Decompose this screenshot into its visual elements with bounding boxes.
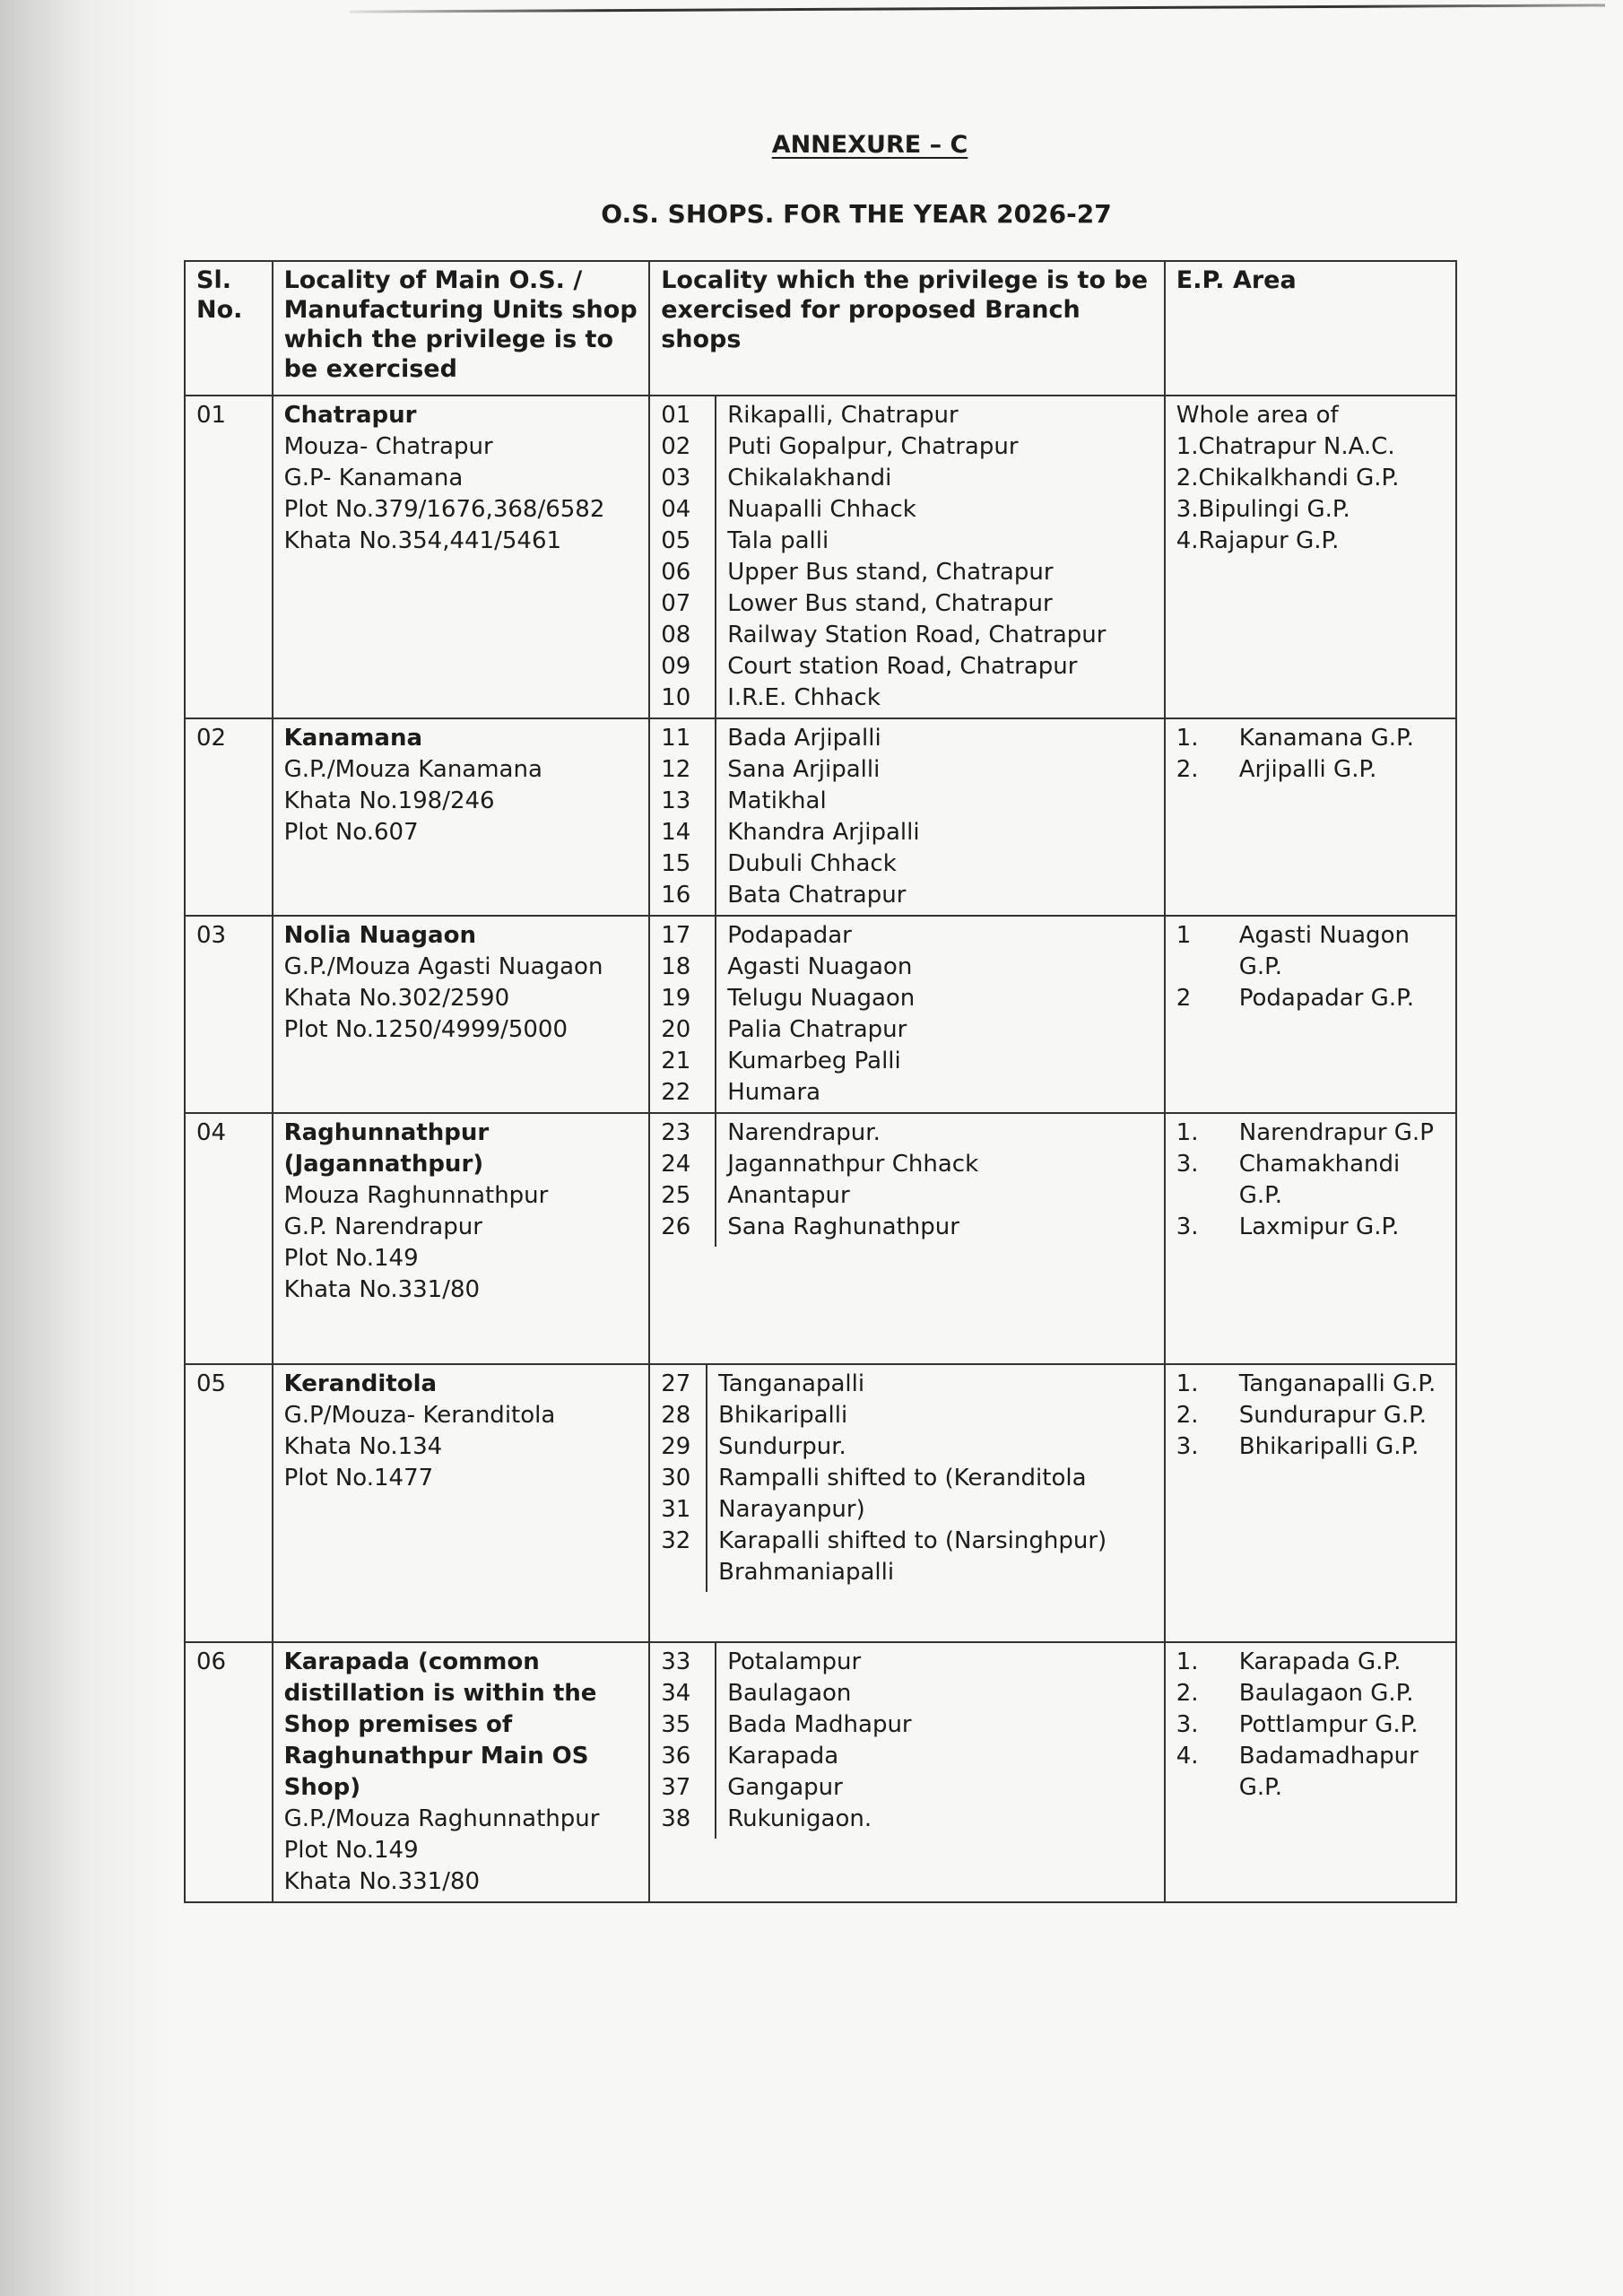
branch-number: 08 — [661, 620, 715, 651]
annexure-table: Sl. No. Locality of Main O.S. / Manufact… — [184, 260, 1457, 1903]
branch-name-column: PotalampurBaulagaonBada MadhapurKarapada… — [716, 1647, 911, 1835]
ep-area-cell: 1.Kanamana G.P.2.Arjipalli G.P. — [1165, 718, 1456, 916]
branch-name: Sana Raghunathpur — [727, 1212, 978, 1243]
branch-name: Potalampur — [727, 1647, 911, 1678]
branch-number: 10 — [661, 683, 715, 714]
ep-area-name: Pottlampur G.P. — [1239, 1709, 1419, 1741]
ep-area-number: 1. — [1176, 723, 1239, 754]
branch-number: 18 — [661, 952, 715, 983]
branch-number: 06 — [661, 557, 715, 588]
table-body: 01ChatrapurMouza- ChatrapurG.P- Kanamana… — [185, 396, 1456, 1902]
main-shop-name: Kanamana — [284, 723, 638, 754]
branch-name: Agasti Nuagaon — [727, 952, 915, 983]
branch-number-column: 111213141516 — [650, 719, 716, 915]
ep-area-number: 3. — [1176, 1709, 1239, 1741]
ep-area-number: 1. — [1176, 1369, 1239, 1400]
ep-area-name: Kanamana G.P. — [1239, 723, 1414, 754]
main-shop-detail: Mouza Raghunnathpur — [284, 1180, 638, 1212]
ep-area-cell: 1.Narendrapur G.P3.Chamakhandi G.P.3.Lax… — [1165, 1113, 1456, 1364]
branch-name: Rikapalli, Chatrapur — [727, 400, 1106, 431]
branch-number: 20 — [661, 1014, 715, 1046]
ep-area-name: Badamadhapur G.P. — [1239, 1741, 1445, 1804]
branch-number: 35 — [661, 1709, 715, 1741]
main-shop-detail: Khata No.331/80 — [284, 1274, 638, 1306]
main-locality-cell: Raghunnathpur (Jagannathpur)Mouza Raghun… — [273, 1113, 650, 1364]
branch-number-column: 01020304050607080910 — [650, 396, 716, 717]
ep-area-name: Arjipalli G.P. — [1239, 754, 1377, 786]
branch-name-column: PodapadarAgasti NuagaonTelugu NuagaonPal… — [716, 920, 915, 1109]
branch-number: 07 — [661, 588, 715, 620]
branch-number: 05 — [661, 526, 715, 557]
branch-name: Humara — [727, 1077, 915, 1109]
branch-number: 11 — [661, 723, 715, 754]
branch-name: Telugu Nuagaon — [727, 983, 915, 1014]
branch-number: 26 — [661, 1212, 715, 1243]
branch-number: 31 — [661, 1494, 706, 1526]
branch-number: 29 — [661, 1431, 706, 1463]
branch-number: 22 — [661, 1077, 715, 1109]
ep-area-number: 3. — [1176, 1149, 1239, 1212]
ep-area-name: Karapada G.P. — [1239, 1647, 1402, 1678]
document-title: ANNEXURE – C — [0, 131, 1623, 159]
branch-name: Sana Arjipalli — [727, 754, 919, 786]
sl-no-cell: 03 — [185, 916, 273, 1113]
branch-number: 02 — [661, 431, 715, 463]
table-row: 06Karapada (common distillation is withi… — [185, 1642, 1456, 1902]
ep-area-item: 3.Chamakhandi G.P. — [1176, 1149, 1445, 1212]
branch-name: I.R.E. Chhack — [727, 683, 1106, 714]
main-shop-name: Karapada (common distillation is within … — [284, 1647, 638, 1804]
main-locality-cell: ChatrapurMouza- ChatrapurG.P- KanamanaPl… — [273, 396, 650, 718]
ep-area-name: Narendrapur G.P — [1239, 1118, 1434, 1149]
branch-number: 17 — [661, 920, 715, 952]
ep-area-item: 1Agasti Nuagon G.P. — [1176, 920, 1445, 983]
branch-locality-cell: 01020304050607080910Rikapalli, Chatrapur… — [649, 396, 1165, 718]
branch-name: Bhikaripalli — [718, 1400, 1153, 1431]
scan-shadow — [0, 0, 170, 2296]
branch-number: 28 — [661, 1400, 706, 1431]
main-shop-detail: Khata No.198/246 — [284, 786, 638, 817]
ep-area-number: 1 — [1176, 920, 1239, 983]
branch-name: Railway Station Road, Chatrapur — [727, 620, 1106, 651]
ep-area-item: 1.Tanganapalli G.P. — [1176, 1369, 1445, 1400]
main-shop-detail: Khata No.331/80 — [284, 1866, 638, 1898]
main-shop-detail: G.P./Mouza Agasti Nuagaon — [284, 952, 638, 983]
document-subtitle: O.S. SHOPS. FOR THE YEAR 2026-27 — [0, 199, 1623, 229]
main-shop-detail: G.P. Narendrapur — [284, 1212, 638, 1243]
branch-number: 03 — [661, 463, 715, 494]
table-header-row: Sl. No. Locality of Main O.S. / Manufact… — [185, 261, 1456, 396]
main-locality-cell: Nolia NuagaonG.P./Mouza Agasti NuagaonKh… — [273, 916, 650, 1113]
main-shop-detail: Plot No.607 — [284, 817, 638, 848]
branch-list: 111213141516Bada ArjipalliSana Arjipalli… — [661, 723, 1153, 911]
branch-name-column: TanganapalliBhikaripalliSundurpur.Rampal… — [707, 1369, 1153, 1588]
branch-name: Upper Bus stand, Chatrapur — [727, 557, 1106, 588]
ep-area-number: 4. — [1176, 1741, 1239, 1804]
branch-number: 13 — [661, 786, 715, 817]
branch-number: 24 — [661, 1149, 715, 1180]
ep-area-name: Tanganapalli G.P. — [1239, 1369, 1436, 1400]
branch-name: Khandra Arjipalli — [727, 817, 919, 848]
branch-name: Karapada — [727, 1741, 911, 1772]
branch-name: Rampalli shifted to (Keranditola Narayan… — [718, 1463, 1153, 1526]
branch-list: 01020304050607080910Rikapalli, Chatrapur… — [661, 400, 1153, 714]
branch-name: Gangapur — [727, 1772, 911, 1804]
branch-locality-cell: 272829303132TanganapalliBhikaripalliSund… — [649, 1364, 1165, 1642]
ep-area-number: 3. — [1176, 1431, 1239, 1463]
ep-area-item: 3.Bhikaripalli G.P. — [1176, 1431, 1445, 1463]
branch-name: Rukunigaon. — [727, 1804, 911, 1835]
ep-area-number: 1. — [1176, 1118, 1239, 1149]
main-shop-detail: G.P./Mouza Kanamana — [284, 754, 638, 786]
sl-no-cell: 02 — [185, 718, 273, 916]
ep-area-item: 2.Arjipalli G.P. — [1176, 754, 1445, 786]
branch-number: 19 — [661, 983, 715, 1014]
branch-number: 12 — [661, 754, 715, 786]
main-shop-detail: Plot No.379/1676,368/6582 — [284, 494, 638, 526]
branch-number: 34 — [661, 1678, 715, 1709]
ep-area-number: 2. — [1176, 754, 1239, 786]
branch-number-column: 333435363738 — [650, 1643, 716, 1839]
ep-area-number: 1. — [1176, 1647, 1239, 1678]
branch-number: 36 — [661, 1741, 715, 1772]
sl-no-cell: 04 — [185, 1113, 273, 1364]
main-shop-detail: G.P./Mouza Raghunnathpur — [284, 1804, 638, 1835]
branch-number: 16 — [661, 880, 715, 911]
main-shop-detail: Plot No.149 — [284, 1835, 638, 1866]
main-locality-cell: KanamanaG.P./Mouza KanamanaKhata No.198/… — [273, 718, 650, 916]
ep-area-name: Agasti Nuagon G.P. — [1239, 920, 1445, 983]
main-shop-detail: G.P/Mouza- Keranditola — [284, 1400, 638, 1431]
main-shop-name: Raghunnathpur (Jagannathpur) — [284, 1118, 638, 1180]
main-shop-detail: Plot No.1250/4999/5000 — [284, 1014, 638, 1046]
header-ep-area: E.P. Area — [1165, 261, 1456, 396]
branch-name: Bada Arjipalli — [727, 723, 919, 754]
branch-name: Tanganapalli — [718, 1369, 1153, 1400]
ep-area-name: Sundurapur G.P. — [1239, 1400, 1427, 1431]
branch-number: 14 — [661, 817, 715, 848]
ep-area-name: Podapadar G.P. — [1239, 983, 1414, 1014]
branch-name: Puti Gopalpur, Chatrapur — [727, 431, 1106, 463]
ep-area-item: 3.Pottlampur G.P. — [1176, 1709, 1445, 1741]
branch-name: Narendrapur. — [727, 1118, 978, 1149]
branch-number: 04 — [661, 494, 715, 526]
main-shop-detail: Plot No.149 — [284, 1243, 638, 1274]
branch-number-column: 23242526 — [650, 1114, 716, 1247]
branch-list: 333435363738PotalampurBaulagaonBada Madh… — [661, 1647, 1153, 1835]
table-row: 02KanamanaG.P./Mouza KanamanaKhata No.19… — [185, 718, 1456, 916]
branch-name: Lower Bus stand, Chatrapur — [727, 588, 1106, 620]
branch-name: Bata Chatrapur — [727, 880, 919, 911]
branch-locality-cell: 171819202122PodapadarAgasti NuagaonTelug… — [649, 916, 1165, 1113]
ep-area-item: 1.Kanamana G.P. — [1176, 723, 1445, 754]
header-branch-locality: Locality which the privilege is to be ex… — [649, 261, 1165, 396]
branch-number: 21 — [661, 1046, 715, 1077]
document-title-text: ANNEXURE – C — [772, 131, 968, 159]
main-locality-cell: Karapada (common distillation is within … — [273, 1642, 650, 1902]
branch-name: Matikhal — [727, 786, 919, 817]
branch-number: 15 — [661, 848, 715, 880]
branch-list: 171819202122PodapadarAgasti NuagaonTelug… — [661, 920, 1153, 1109]
ep-area-item: 2Podapadar G.P. — [1176, 983, 1445, 1014]
branch-name: Brahmaniapalli — [718, 1557, 1153, 1588]
header-main-locality: Locality of Main O.S. / Manufacturing Un… — [273, 261, 650, 396]
ep-area-line: 3.Bipulingi G.P. — [1176, 494, 1445, 526]
main-shop-detail: Khata No.134 — [284, 1431, 638, 1463]
branch-list: 23242526Narendrapur.Jagannathpur ChhackA… — [661, 1118, 1153, 1243]
ep-area-line: 2.Chikalkhandi G.P. — [1176, 463, 1445, 494]
header-sl-no: Sl. No. — [185, 261, 273, 396]
branch-name: Court station Road, Chatrapur — [727, 651, 1106, 683]
ep-area-number: 2 — [1176, 983, 1239, 1014]
ep-area-number: 2. — [1176, 1400, 1239, 1431]
branch-name: Jagannathpur Chhack — [727, 1149, 978, 1180]
ep-area-line: 4.Rajapur G.P. — [1176, 526, 1445, 557]
ep-area-name: Baulagaon G.P. — [1239, 1678, 1414, 1709]
branch-name: Anantapur — [727, 1180, 978, 1212]
branch-locality-cell: 23242526Narendrapur.Jagannathpur ChhackA… — [649, 1113, 1165, 1364]
branch-number: 38 — [661, 1804, 715, 1835]
ep-area-name: Chamakhandi G.P. — [1239, 1149, 1445, 1212]
ep-area-cell: 1.Tanganapalli G.P.2.Sundurapur G.P.3.Bh… — [1165, 1364, 1456, 1642]
branch-number: 23 — [661, 1118, 715, 1149]
ep-area-line: 1.Chatrapur N.A.C. — [1176, 431, 1445, 463]
table-row: 03Nolia NuagaonG.P./Mouza Agasti Nuagaon… — [185, 916, 1456, 1113]
branch-list: 272829303132TanganapalliBhikaripalliSund… — [661, 1369, 1153, 1588]
branch-number: 27 — [661, 1369, 706, 1400]
main-shop-detail: Plot No.1477 — [284, 1463, 638, 1494]
branch-name: Nuapalli Chhack — [727, 494, 1106, 526]
ep-area-number: 2. — [1176, 1678, 1239, 1709]
ep-area-line: Whole area of — [1176, 400, 1445, 431]
ep-area-item: 1.Narendrapur G.P — [1176, 1118, 1445, 1149]
main-shop-name: Chatrapur — [284, 400, 638, 431]
branch-number: 30 — [661, 1463, 706, 1494]
ep-area-number: 3. — [1176, 1212, 1239, 1243]
top-rule — [350, 4, 1605, 13]
ep-area-item: 1.Karapada G.P. — [1176, 1647, 1445, 1678]
branch-name-column: Rikapalli, ChatrapurPuti Gopalpur, Chatr… — [716, 400, 1106, 714]
branch-number: 01 — [661, 400, 715, 431]
main-shop-detail: Mouza- Chatrapur — [284, 431, 638, 463]
branch-number-column: 272829303132 — [650, 1365, 707, 1592]
main-locality-cell: KeranditolaG.P/Mouza- KeranditolaKhata N… — [273, 1364, 650, 1642]
branch-number: 25 — [661, 1180, 715, 1212]
main-shop-name: Keranditola — [284, 1369, 638, 1400]
ep-area-cell: Whole area of1.Chatrapur N.A.C.2.Chikalk… — [1165, 396, 1456, 718]
branch-name: Chikalakhandi — [727, 463, 1106, 494]
ep-area-cell: 1Agasti Nuagon G.P.2Podapadar G.P. — [1165, 916, 1456, 1113]
branch-name: Baulagaon — [727, 1678, 911, 1709]
branch-name: Kumarbeg Palli — [727, 1046, 915, 1077]
branch-name: Podapadar — [727, 920, 915, 952]
ep-area-item: 2.Baulagaon G.P. — [1176, 1678, 1445, 1709]
sl-no-cell: 01 — [185, 396, 273, 718]
main-shop-name: Nolia Nuagaon — [284, 920, 638, 952]
branch-name-column: Bada ArjipalliSana ArjipalliMatikhalKhan… — [716, 723, 919, 911]
branch-number: 33 — [661, 1647, 715, 1678]
ep-area-item: 3.Laxmipur G.P. — [1176, 1212, 1445, 1243]
sl-no-cell: 06 — [185, 1642, 273, 1902]
branch-number: 32 — [661, 1526, 706, 1557]
sl-no-cell: 05 — [185, 1364, 273, 1642]
ep-area-item: 2.Sundurapur G.P. — [1176, 1400, 1445, 1431]
branch-name: Dubuli Chhack — [727, 848, 919, 880]
branch-number: 09 — [661, 651, 715, 683]
branch-locality-cell: 333435363738PotalampurBaulagaonBada Madh… — [649, 1642, 1165, 1902]
branch-number: 37 — [661, 1772, 715, 1804]
main-shop-detail: Khata No.302/2590 — [284, 983, 638, 1014]
ep-area-item: 4.Badamadhapur G.P. — [1176, 1741, 1445, 1804]
branch-locality-cell: 111213141516Bada ArjipalliSana Arjipalli… — [649, 718, 1165, 916]
branch-name: Palia Chatrapur — [727, 1014, 915, 1046]
ep-area-cell: 1.Karapada G.P.2.Baulagaon G.P.3.Pottlam… — [1165, 1642, 1456, 1902]
table-row: 05KeranditolaG.P/Mouza- KeranditolaKhata… — [185, 1364, 1456, 1642]
table-row: 04Raghunnathpur (Jagannathpur)Mouza Ragh… — [185, 1113, 1456, 1364]
main-shop-detail: Khata No.354,441/5461 — [284, 526, 638, 557]
branch-name: Bada Madhapur — [727, 1709, 911, 1741]
branch-name: Sundurpur. — [718, 1431, 1153, 1463]
main-shop-detail: G.P- Kanamana — [284, 463, 638, 494]
branch-name-column: Narendrapur.Jagannathpur ChhackAnantapur… — [716, 1118, 978, 1243]
table-row: 01ChatrapurMouza- ChatrapurG.P- Kanamana… — [185, 396, 1456, 718]
branch-name: Tala palli — [727, 526, 1106, 557]
branch-name: Karapalli shifted to (Narsinghpur) — [718, 1526, 1153, 1557]
branch-number-column: 171819202122 — [650, 917, 716, 1112]
ep-area-name: Bhikaripalli G.P. — [1239, 1431, 1419, 1463]
ep-area-name: Laxmipur G.P. — [1239, 1212, 1400, 1243]
